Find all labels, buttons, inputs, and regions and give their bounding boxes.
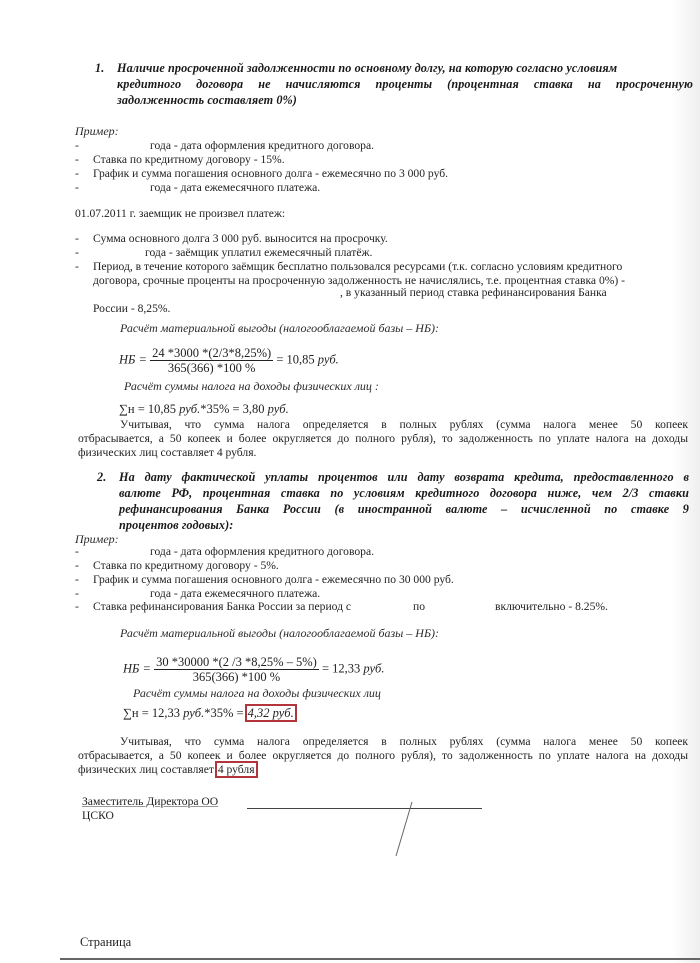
section-2-heading-line-4: процентов годовых): xyxy=(119,517,689,533)
footer-rule xyxy=(60,958,700,960)
signatory-title: Заместитель Директора ОО xyxy=(82,795,218,808)
page-footer-label: Страница xyxy=(80,936,131,949)
bullet-dash: - xyxy=(75,139,79,152)
bullet-dash: - xyxy=(75,167,79,180)
document-page: 1. Наличие просроченной задолженности по… xyxy=(0,0,700,963)
section-2-number: 2. xyxy=(97,469,106,485)
conclusion-2-line-2: отбрасывается, а 50 копеек и более округ… xyxy=(78,749,688,762)
section-1-heading-line-3: задолженность составляет 0%) xyxy=(117,92,693,108)
bullet-dash: - xyxy=(75,573,79,586)
signature-line xyxy=(247,808,482,809)
section-1-heading-line-1: Наличие просроченной задолженности по ос… xyxy=(117,60,693,76)
section-2-heading: 2. На дату фактической уплаты процентов … xyxy=(97,469,697,533)
bullet-dash: - xyxy=(75,545,79,558)
formula-nb-2: НБ = 30 *30000 *(2 /3 *8,25% – 5%) 365(3… xyxy=(123,655,384,684)
event-item-3-line-3: , в указанный период ставка рефинансиров… xyxy=(340,286,607,299)
fraction: 30 *30000 *(2 /3 *8,25% – 5%) 365(366) *… xyxy=(154,655,319,684)
signatory-org: ЦСКО xyxy=(82,809,114,822)
section-2-heading-line-1: На дату фактической уплаты процентов или… xyxy=(119,469,689,485)
section-2-heading-line-2: валюте РФ, процентная ставка по условиям… xyxy=(119,485,689,501)
bullet-dash: - xyxy=(75,559,79,572)
highlighted-total: 4 рубля xyxy=(217,763,256,776)
event-item-3-line-4: России - 8,25%. xyxy=(93,302,170,315)
bullet-dash: - xyxy=(75,600,79,613)
section-1-heading: 1. Наличие просроченной задолженности по… xyxy=(95,60,695,110)
conclusion-1-line-1: Учитывая, что сумма налога определяется … xyxy=(120,418,688,431)
example-1-label: Пример: xyxy=(75,124,119,139)
bullet-dash: - xyxy=(75,153,79,166)
highlighted-tax-amount: 4,32 руб. xyxy=(247,706,295,720)
event-line: 01.07.2011 г. заемщик не произвел платеж… xyxy=(75,207,285,220)
signature-stroke xyxy=(390,800,430,860)
formula-tax-2: ∑н = 12,33 руб.*35% = 4,32 руб. xyxy=(123,706,295,721)
formula-tax-1: ∑н = 10,85 руб.*35% = 3,80 руб. xyxy=(119,402,289,417)
bullet-dash: - xyxy=(75,181,79,194)
section-1-number: 1. xyxy=(95,60,104,76)
conclusion-2-line-3: физических лиц составляет 4 рубля xyxy=(78,763,256,776)
section-1-heading-line-2: кредитного договора не начисляются проце… xyxy=(117,76,693,92)
example-2-label: Пример: xyxy=(75,532,119,547)
section-2-heading-line-3: рефинансирования Банка России (в иностра… xyxy=(119,501,689,517)
calc-tax-label-2: Расчёт суммы налога на доходы физических… xyxy=(133,686,381,701)
conclusion-1-line-2: отбрасывается, а 50 копеек и более округ… xyxy=(78,432,688,445)
conclusion-2-line-1: Учитывая, что сумма налога определяется … xyxy=(120,735,688,748)
calc-tax-label-1: Расчёт суммы налога на доходы физических… xyxy=(124,379,379,394)
bullet-dash: - xyxy=(75,587,79,600)
calc-base-label-1: Расчёт материальной выгоды (налогооблага… xyxy=(120,321,439,336)
bullet-dash: - xyxy=(75,260,79,273)
calc-base-label-2: Расчёт материальной выгоды (налогооблага… xyxy=(120,626,439,641)
conclusion-1-line-3: физических лиц составляет 4 рубля. xyxy=(78,446,256,459)
fraction: 24 *3000 *(2/3*8,25%) 365(366) *100 % xyxy=(150,346,273,375)
formula-nb-1: НБ = 24 *3000 *(2/3*8,25%) 365(366) *100… xyxy=(119,346,339,375)
bullet-dash: - xyxy=(75,232,79,245)
bullet-dash: - xyxy=(75,246,79,259)
